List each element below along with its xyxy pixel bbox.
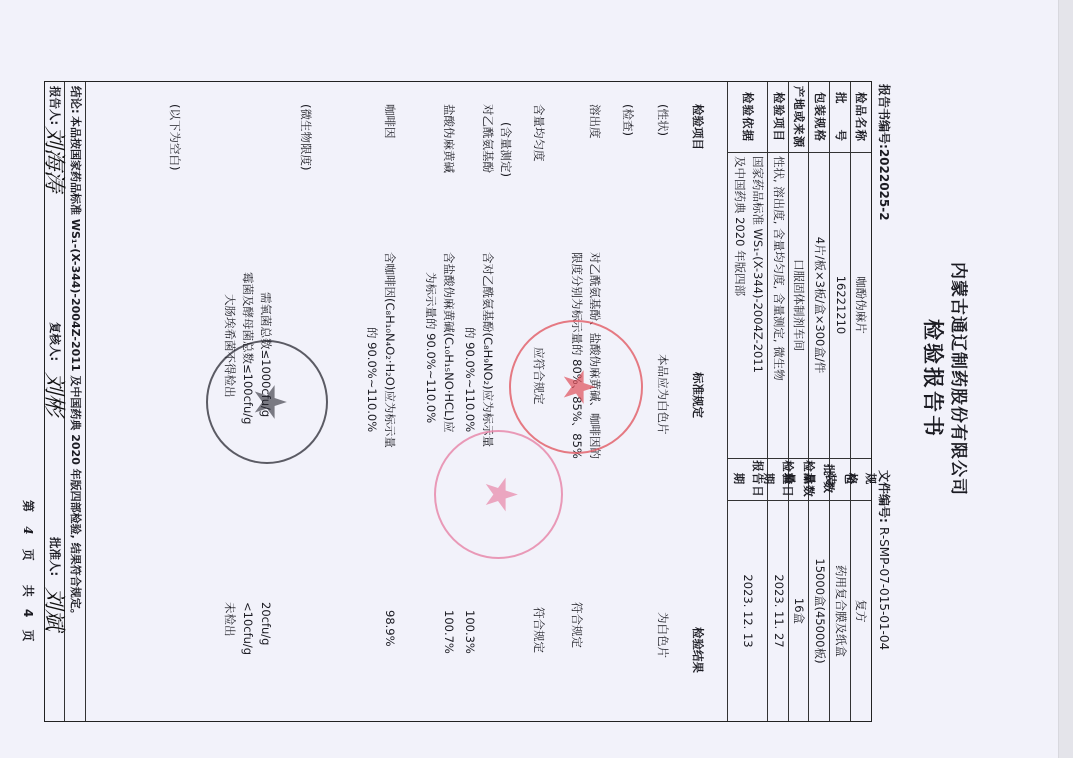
batch-qty-value: 15000盒(45000板)	[809, 500, 830, 722]
basis-line-2: 及中国药典 2020 年版四部	[730, 156, 749, 296]
basis-line-1: 国家药品标准 WS₁-(X-344)-2004Z-2011	[748, 156, 767, 373]
reporter-signature: 刘海涛	[40, 126, 71, 192]
reviewer-label: 复核人:	[45, 322, 64, 361]
test-date-value: 2023. 11. 27	[768, 500, 789, 722]
conclusion-label: 结论:	[66, 86, 85, 114]
col-header-item: 检验项目	[688, 104, 707, 150]
test-items-label: 检验项目	[768, 82, 789, 152]
col-header-standard: 标准规定	[688, 372, 707, 418]
batch-label: 批 号	[830, 82, 851, 152]
report-title: 检验报告书	[919, 0, 949, 758]
product-name-label: 检品名称	[851, 82, 871, 152]
report-date-label: 报告日期	[728, 458, 768, 500]
page-number: 第 4 页 共 4 页	[20, 500, 37, 642]
test-items-value: 性状, 溶出度, 含量均匀度, 含量测定, 微生物	[768, 152, 789, 462]
package-spec-value: 4片/板×3板/盒×300盒/件	[809, 152, 830, 458]
col-header-result: 检验结果	[688, 627, 707, 673]
report-number: 报告书编号:2022025-2	[876, 84, 893, 221]
company-name: 内蒙古通辽制药股份有限公司	[948, 0, 973, 758]
package-spec-label: 包装规格	[809, 82, 830, 152]
reviewer-signature: 刘彬	[40, 372, 71, 416]
spec-value: 复方	[851, 500, 871, 722]
basis-label: 检验依据	[728, 82, 768, 152]
origin-label: 产地或来源	[789, 82, 809, 152]
approver-signature: 刘斌	[40, 587, 71, 631]
batch-value: 16221210	[830, 152, 851, 458]
reporter-label: 报告人:	[45, 86, 64, 125]
report-date-value: 2023. 12. 13	[728, 500, 768, 722]
sample-qty-value: 16盒	[789, 500, 809, 722]
origin-value: 口服固体制剂车间	[789, 152, 809, 458]
approver-label: 批准人:	[45, 537, 64, 576]
packing-value: 药用复合膜及纸盒	[830, 500, 851, 722]
product-name-value: 咖酚伪麻片	[851, 152, 871, 458]
report-table: 检品名称 咖酚伪麻片 规 格 复方 批 号 16221210 包 装 药用复合膜…	[44, 81, 872, 722]
test-date-label: 检验日期	[768, 458, 789, 500]
inspection-report-page: 内蒙古通辽制药股份有限公司 检验报告书 报告书编号:2022025-2 文件编号…	[0, 0, 1073, 758]
